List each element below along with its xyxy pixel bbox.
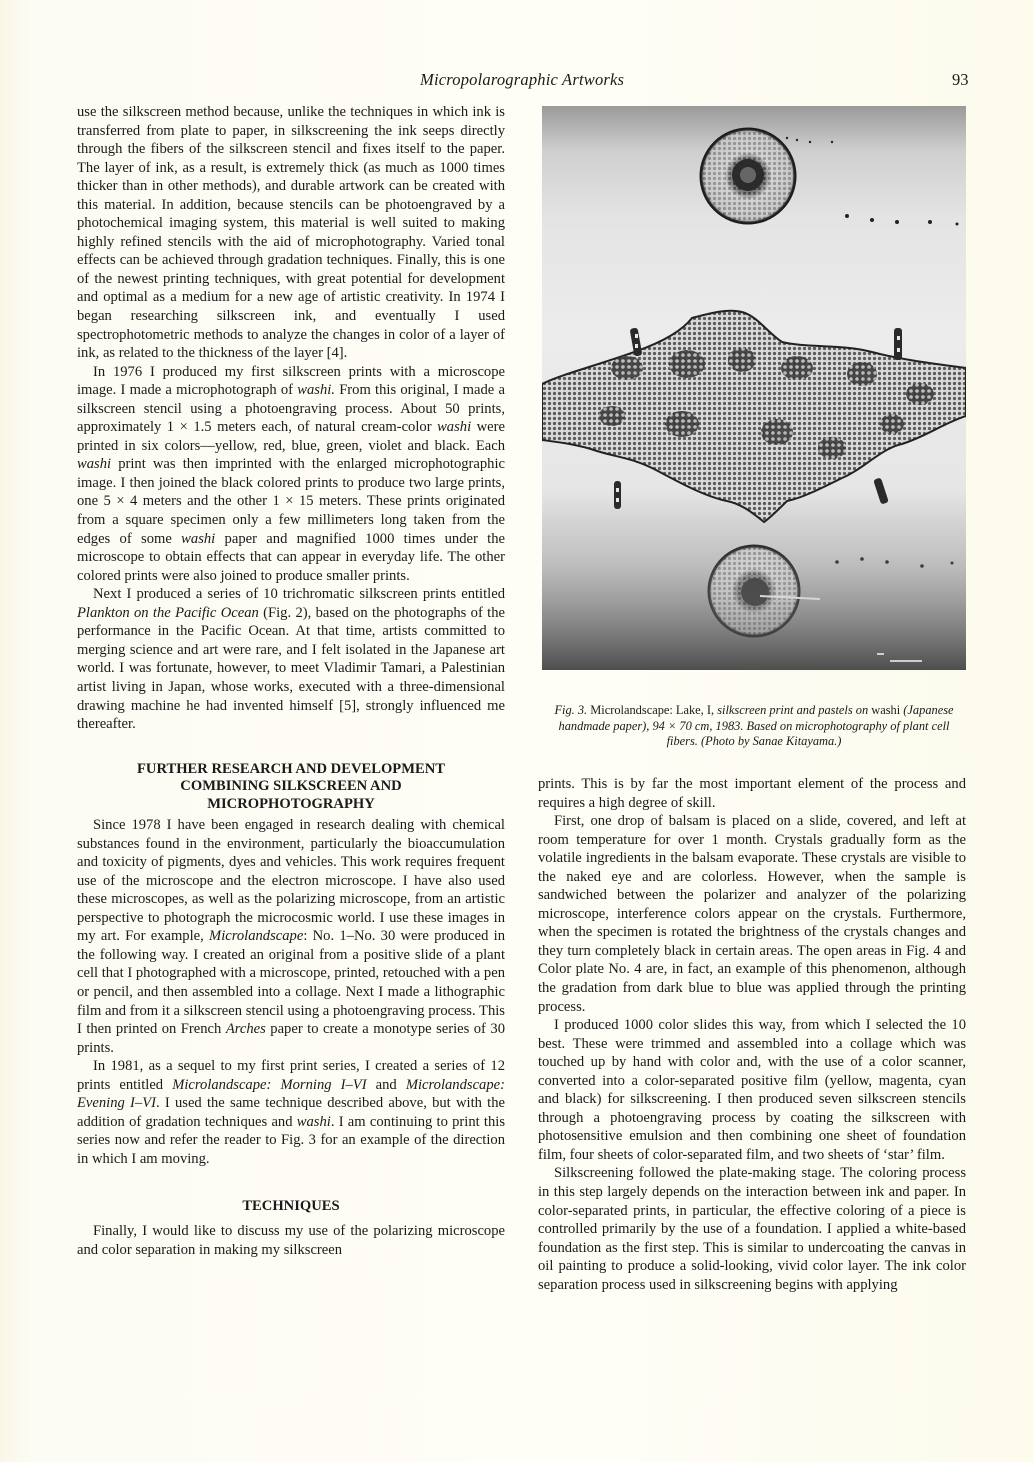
paragraph: Finally, I would like to discuss my use … — [77, 1222, 505, 1259]
caption-text: washi — [868, 703, 903, 717]
paragraph: In 1976 I produced my first silkscreen p… — [77, 363, 505, 586]
section-heading-techniques: TECHNIQUES — [77, 1198, 505, 1216]
italic-term: washi — [297, 1114, 331, 1130]
paragraph: In 1981, as a sequel to my first print s… — [77, 1057, 505, 1168]
right-column: prints. This is by far the most importan… — [538, 775, 966, 1294]
paragraph: Next I produced a series of 10 trichroma… — [77, 585, 505, 733]
artwork-title: Plankton on the Pacific Ocean — [77, 605, 259, 621]
figure-caption: Fig. 3. Microlandscape: Lake, I, silkscr… — [542, 703, 966, 750]
italic-term: washi — [437, 419, 471, 435]
text: Next I produced a series of 10 trichroma… — [93, 586, 505, 602]
caption-text: Microlandscape: Lake, I, — [587, 703, 717, 717]
italic-term: washi. — [297, 382, 335, 398]
paragraph: First, one drop of balsam is placed on a… — [538, 812, 966, 1016]
running-title: Micropolarographic Artworks — [420, 70, 624, 90]
caption-text-italic: silkscreen print and pastels on — [717, 703, 868, 717]
left-column: use the silkscreen method because, unlik… — [77, 103, 505, 1259]
text: (Fig. 2), based on the photographs of th… — [77, 605, 505, 732]
italic-term: washi — [77, 456, 111, 472]
journal-page: Micropolarographic Artworks 93 use the s… — [0, 0, 1033, 1462]
paragraph: prints. This is by far the most importan… — [538, 775, 966, 812]
plant-cell-microlandscape-image — [542, 106, 966, 670]
text: and — [367, 1077, 406, 1093]
paragraph: Since 1978 I have been engaged in resear… — [77, 816, 505, 1057]
figure-3-microphotograph — [542, 106, 966, 670]
page-number: 93 — [952, 70, 969, 90]
italic-term: washi — [181, 531, 215, 547]
paragraph: use the silkscreen method because, unlik… — [77, 103, 505, 363]
figure-label: Fig. 3. — [554, 703, 587, 717]
paragraph: Silkscreening followed the plate-making … — [538, 1164, 966, 1294]
italic-term: Arches — [226, 1021, 266, 1037]
paragraph: I produced 1000 color slides this way, f… — [538, 1016, 966, 1164]
section-heading-further-research: FURTHER RESEARCH AND DEVELOPMENT COMBINI… — [77, 761, 505, 814]
artwork-title: Microlandscape: Morning I–VI — [172, 1077, 366, 1093]
text: Since 1978 I have been engaged in resear… — [77, 817, 505, 944]
artwork-title: Microlandscape — [209, 928, 303, 944]
